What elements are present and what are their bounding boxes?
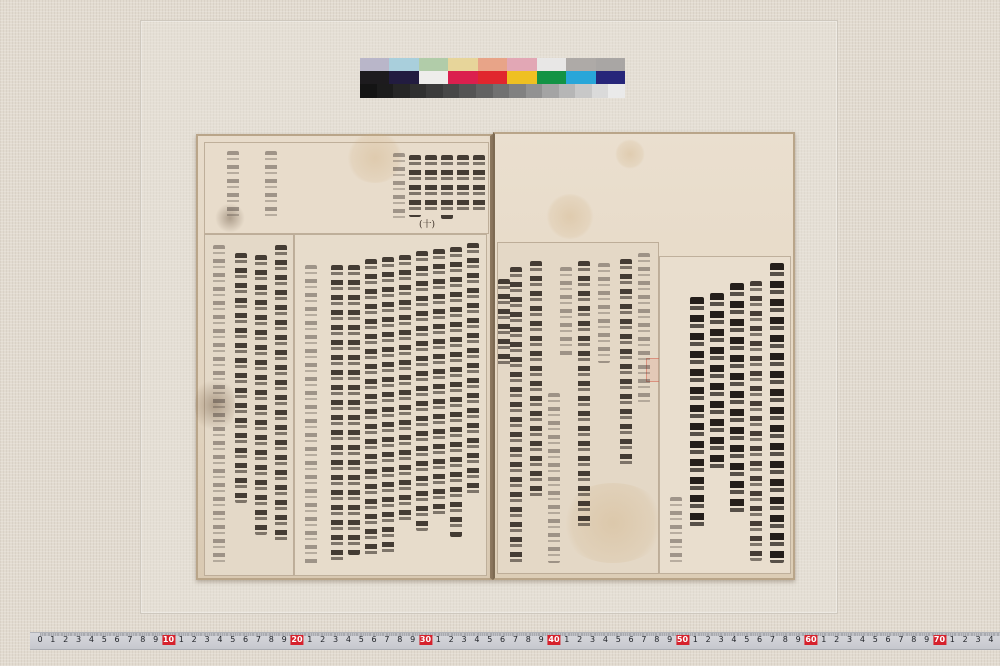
color-patch xyxy=(360,71,389,84)
color-patch xyxy=(459,84,476,98)
color-patch xyxy=(360,84,377,98)
ruler-label: 1 xyxy=(564,635,569,645)
ruler-label: 5 xyxy=(616,635,621,645)
ruler-label: 7 xyxy=(770,635,775,645)
ruler-label: 2 xyxy=(834,635,839,645)
color-patch xyxy=(559,84,576,98)
right-page xyxy=(493,132,795,580)
color-checker-top-row xyxy=(360,58,625,71)
color-patch xyxy=(596,58,625,71)
color-patch xyxy=(448,71,477,84)
ruler-label: 3 xyxy=(76,635,81,645)
color-checker xyxy=(360,58,625,98)
ruler-label: 5 xyxy=(744,635,749,645)
page-marker: (十) xyxy=(419,217,435,230)
ruler-label: 7 xyxy=(256,635,261,645)
ruler-label: 2 xyxy=(449,635,454,645)
ruler-label: 6 xyxy=(886,635,891,645)
ruler-label: 6 xyxy=(500,635,505,645)
ruler-label: 3 xyxy=(462,635,467,645)
ruler-label: 8 xyxy=(911,635,916,645)
ruler-label: 4 xyxy=(988,635,993,645)
color-patch xyxy=(507,58,536,71)
color-patch xyxy=(537,71,566,84)
color-patch xyxy=(377,84,394,98)
ruler-label: 3 xyxy=(333,635,338,645)
color-patch xyxy=(596,71,625,84)
ruler-label: 5 xyxy=(102,635,107,645)
ruler-label: 2 xyxy=(320,635,325,645)
ruler-label: 2 xyxy=(706,635,711,645)
ruler-label: 4 xyxy=(474,635,479,645)
color-patch xyxy=(507,71,536,84)
ruler-label: 9 xyxy=(667,635,672,645)
ruler-label: 1 xyxy=(436,635,441,645)
ruler-label: 2 xyxy=(192,635,197,645)
ruler-label: 8 xyxy=(140,635,145,645)
color-patch xyxy=(493,84,510,98)
right-slip-b xyxy=(659,256,791,574)
manuscript-book: (十) xyxy=(196,130,796,582)
ruler-label: 9 xyxy=(796,635,801,645)
ruler-label: 3 xyxy=(205,635,210,645)
color-patch xyxy=(389,71,418,84)
color-patch xyxy=(448,58,477,71)
ruler-label: 8 xyxy=(397,635,402,645)
ruler-label: 1 xyxy=(693,635,698,645)
left-inner-slip xyxy=(204,234,294,576)
color-patch xyxy=(592,84,609,98)
ruler-label: 4 xyxy=(217,635,222,645)
color-patch xyxy=(566,58,595,71)
ruler-major-label: 20 xyxy=(290,635,303,645)
color-patch xyxy=(509,84,526,98)
ruler-label: 6 xyxy=(372,635,377,645)
ruler-label: 9 xyxy=(153,635,158,645)
left-page: (十) xyxy=(196,134,493,580)
ruler-label: 1 xyxy=(950,635,955,645)
ruler-label: 9 xyxy=(539,635,544,645)
color-patch xyxy=(389,58,418,71)
ruler-label: 7 xyxy=(898,635,903,645)
left-top-slip: (十) xyxy=(204,142,489,234)
ruler-label: 2 xyxy=(63,635,68,645)
color-patch xyxy=(537,58,566,71)
ruler-label: 5 xyxy=(359,635,364,645)
color-patch xyxy=(443,84,460,98)
color-patch xyxy=(526,84,543,98)
measuring-ruler: 0123456789101234567892012345678930123456… xyxy=(30,632,1000,650)
ruler-label: 8 xyxy=(783,635,788,645)
color-patch xyxy=(478,58,507,71)
ruler-label: 4 xyxy=(346,635,351,645)
ruler-label: 7 xyxy=(513,635,518,645)
color-patch xyxy=(476,84,493,98)
color-patch xyxy=(608,84,625,98)
color-patch xyxy=(410,84,427,98)
ruler-label: 6 xyxy=(115,635,120,645)
color-patch xyxy=(575,84,592,98)
color-patch xyxy=(419,58,448,71)
color-patch xyxy=(542,84,559,98)
ruler-label: 1 xyxy=(50,635,55,645)
color-checker-gray-scale xyxy=(360,84,625,98)
left-main-text xyxy=(294,234,487,576)
ruler-label: 4 xyxy=(860,635,865,645)
ruler-label: 7 xyxy=(641,635,646,645)
ruler-label: 8 xyxy=(654,635,659,645)
ruler-label: 2 xyxy=(577,635,582,645)
ruler-label: 3 xyxy=(976,635,981,645)
ruler-label: 6 xyxy=(629,635,634,645)
ruler-label: 7 xyxy=(127,635,132,645)
ruler-label: 6 xyxy=(757,635,762,645)
right-slip-a xyxy=(497,242,659,574)
ruler-label: 5 xyxy=(873,635,878,645)
ruler-label: 1 xyxy=(179,635,184,645)
ruler-label: 6 xyxy=(243,635,248,645)
ruler-label: 3 xyxy=(847,635,852,645)
ruler-label: 7 xyxy=(384,635,389,645)
ruler-label: 5 xyxy=(230,635,235,645)
ruler-label: 0 xyxy=(37,635,42,645)
color-patch xyxy=(478,71,507,84)
ruler-label: 1 xyxy=(821,635,826,645)
color-checker-middle-row xyxy=(360,71,625,84)
ruler-graduations xyxy=(40,633,1000,636)
ruler-label: 3 xyxy=(590,635,595,645)
ruler-label: 8 xyxy=(526,635,531,645)
ruler-label: 8 xyxy=(269,635,274,645)
color-patch xyxy=(360,58,389,71)
ruler-label: 9 xyxy=(410,635,415,645)
color-patch xyxy=(393,84,410,98)
ruler-major-label: 10 xyxy=(162,635,175,645)
ruler-major-label: 60 xyxy=(804,635,817,645)
ruler-major-label: 30 xyxy=(419,635,432,645)
ruler-label: 9 xyxy=(282,635,287,645)
color-patch xyxy=(419,71,448,84)
color-patch xyxy=(426,84,443,98)
ruler-label: 3 xyxy=(719,635,724,645)
ruler-major-label: 40 xyxy=(547,635,560,645)
ruler-major-label: 70 xyxy=(933,635,946,645)
color-patch xyxy=(566,71,595,84)
ruler-label: 9 xyxy=(924,635,929,645)
ruler-major-label: 50 xyxy=(676,635,689,645)
ruler-label: 1 xyxy=(307,635,312,645)
ruler-label: 2 xyxy=(963,635,968,645)
ruler-label: 5 xyxy=(487,635,492,645)
ruler-label: 4 xyxy=(89,635,94,645)
ruler-label: 4 xyxy=(731,635,736,645)
ruler-label: 4 xyxy=(603,635,608,645)
